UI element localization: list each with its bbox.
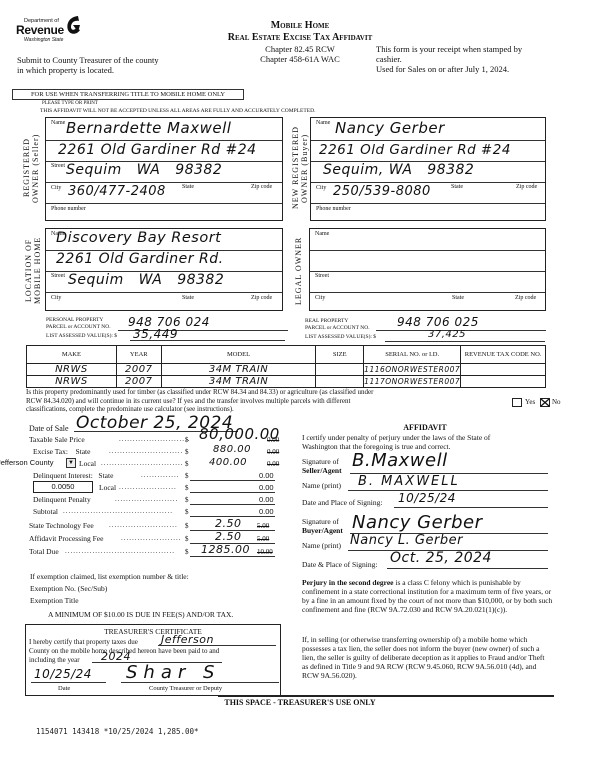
tax-lien-notice: If, in selling (or otherwise transferrin… xyxy=(302,635,550,680)
affidavit-statement: I certify under penalty of perjury under… xyxy=(302,433,490,451)
treasurer-use-divider xyxy=(218,695,554,697)
total-due-field[interactable]: 1285.00 xyxy=(201,543,250,556)
seller-section-label: REGISTERED OWNER (Seller) xyxy=(22,120,40,216)
legal-owner-city-label: City xyxy=(315,295,325,301)
seller-name-print-label: Name (print) xyxy=(302,481,341,490)
col-make: MAKE xyxy=(27,346,117,364)
legal-owner-street-field[interactable] xyxy=(340,272,530,290)
col-serial: SERIAL NO. or I.D. xyxy=(364,346,461,364)
excise-local-field[interactable]: 400.00 xyxy=(209,457,247,468)
personal-parcel-label: PERSONAL PROPERTY PARCEL or ACCOUNT NO. xyxy=(46,317,111,330)
location-address-field[interactable]: 2261 Old Gardiner Rd. xyxy=(56,251,224,267)
tax-row-excise-local: Local .............................. $ 4… xyxy=(29,458,285,470)
seller-signature-label: Signature of Seller/Agent xyxy=(302,457,342,475)
buyer-address-field[interactable]: 2261 Old Gardiner Rd #24 xyxy=(319,142,511,158)
form-title-line2: Real Estate Excise Tax Affidavit xyxy=(160,32,440,44)
exemption-intro: If exemption claimed, list exemption num… xyxy=(30,572,189,581)
receipt-note: This form is your receipt when stamped b… xyxy=(376,44,522,74)
cell-year[interactable]: 2007 xyxy=(116,364,161,376)
buyer-name-print-label: Name (print) xyxy=(302,541,341,550)
submit-note: Submit to County Treasurer of the county… xyxy=(17,55,159,75)
seller-city-field[interactable]: 360/477-2408 xyxy=(68,184,166,199)
location-box: Name Discovery Bay Resort 2261 Old Gardi… xyxy=(45,228,283,311)
no-checkbox[interactable] xyxy=(540,398,550,407)
col-size: SIZE xyxy=(316,346,364,364)
cell-revenue-code[interactable] xyxy=(461,376,546,388)
tech-fee-field[interactable]: 2.50 xyxy=(215,517,242,530)
dor-swirl-icon xyxy=(64,14,84,36)
real-parcel-label: REAL PROPERTY PARCEL or ACCOUNT NO. xyxy=(305,318,370,331)
buyer-zip-label: Zip code xyxy=(516,184,537,190)
real-assessed-label: LIST ASSESSED VALUE(S): $ xyxy=(305,334,376,340)
seller-street-field[interactable]: Sequim WA 98382 xyxy=(66,162,222,178)
table-header-row: MAKE YEAR MODEL SIZE SERIAL NO. or I.D. … xyxy=(27,346,546,364)
yes-label: Yes xyxy=(525,398,535,406)
table-row: NRWS 2007 34M TRAIN 1116ONORWESTER007 xyxy=(27,364,546,376)
treasurer-date-field[interactable]: 10/25/24 xyxy=(34,667,92,681)
cell-make[interactable]: NRWS xyxy=(27,376,117,388)
tax-row-delinquent-interest-local: Local ..................... $ 0.00 xyxy=(29,482,285,494)
logo-text-state: Washington State xyxy=(24,37,63,43)
tax-row-delinquent-penalty: Delinquent Penalty .....................… xyxy=(29,494,285,506)
seller-city-label: City xyxy=(51,185,61,191)
seller-box: Name Bernardette Maxwell 2261 Old Gardin… xyxy=(45,117,283,221)
delinquent-interest-local-field[interactable]: 0.00 xyxy=(259,483,274,492)
location-street-field[interactable]: Sequim WA 98382 xyxy=(68,272,224,288)
no-label: No xyxy=(552,398,561,406)
dor-logo: Department of Revenue Washington State xyxy=(16,16,96,46)
receipt-stamp: 1154071 143418 *10/25/2024 1,285.00* xyxy=(36,727,199,736)
real-parcel-field[interactable]: 948 706 025 xyxy=(397,315,479,329)
legal-owner-section-label: LEGAL OWNER xyxy=(294,232,303,310)
location-street-label: Street xyxy=(51,273,65,279)
buyer-signature-field[interactable]: Nancy Gerber xyxy=(352,512,483,533)
mobile-home-table: MAKE YEAR MODEL SIZE SERIAL NO. or I.D. … xyxy=(26,345,546,388)
treasurer-use-only: THIS SPACE - TREASURER'S USE ONLY xyxy=(0,698,600,707)
seller-signature-field[interactable]: B.Maxwell xyxy=(352,450,448,471)
location-section-label: LOCATION OF MOBILE HOME xyxy=(24,228,42,312)
legal-owner-name-field[interactable] xyxy=(334,230,534,248)
cell-size[interactable] xyxy=(316,364,364,376)
legal-owner-box: Name Street City State Zip code xyxy=(309,228,546,311)
processing-fee-field[interactable]: 2.50 xyxy=(215,530,242,543)
col-model: MODEL xyxy=(161,346,316,364)
yes-checkbox[interactable] xyxy=(512,398,522,407)
seller-name-print-field[interactable]: B. MAXWELL xyxy=(358,474,460,489)
col-year: YEAR xyxy=(116,346,161,364)
date-of-sale-label: Date of Sale xyxy=(29,424,69,433)
tax-row-tech-fee: State Technology Fee ...................… xyxy=(29,520,285,532)
seller-street-label: Street xyxy=(51,163,65,169)
personal-assessed-field[interactable]: 35,449 xyxy=(133,327,178,341)
type-or-print: PLEASE TYPE OR PRINT xyxy=(42,101,98,106)
subtotal-field[interactable]: 0.00 xyxy=(259,507,274,516)
timber-question: Is this property predominantly used for … xyxy=(26,388,486,414)
real-assessed-field[interactable]: 37,425 xyxy=(428,329,466,340)
buyer-phone-label: Phone number xyxy=(316,206,351,212)
buyer-section-label: NEW REGISTERED OWNER (Buyer) xyxy=(291,120,309,216)
affidavit-warning: THIS AFFIDAVIT WILL NOT BE ACCEPTED UNLE… xyxy=(40,108,315,114)
cell-make[interactable]: NRWS xyxy=(27,364,117,376)
buyer-name-field[interactable]: Nancy Gerber xyxy=(335,119,445,137)
buyer-date-label: Date & Place of Signing: xyxy=(302,560,377,569)
cell-serial[interactable]: 1117ONORWESTER007 xyxy=(364,376,461,388)
buyer-signature-label: Signature of Buyer/Agent xyxy=(302,517,343,535)
legal-owner-street-label: Street xyxy=(315,273,329,279)
tax-row-subtotal: Subtotal ...............................… xyxy=(29,506,285,518)
form-title-line1: Mobile Home xyxy=(160,20,440,32)
cell-size[interactable] xyxy=(316,376,364,388)
affidavit-title: AFFIDAVIT xyxy=(300,423,550,432)
seller-phone-label: Phone number xyxy=(51,206,86,212)
buyer-city-field[interactable]: 250/539-8080 xyxy=(333,184,431,199)
seller-address-field[interactable]: 2261 Old Gardiner Rd #24 xyxy=(58,142,257,158)
cell-serial[interactable]: 1116ONORWESTER007 xyxy=(364,364,461,376)
cell-model[interactable]: 34M TRAIN xyxy=(161,376,316,388)
seller-date-field[interactable]: 10/25/24 xyxy=(398,491,456,505)
seller-date-label: Date and Place of Signing: xyxy=(302,498,382,507)
perjury-notice: Perjury in the second degree is a class … xyxy=(302,578,554,614)
cell-revenue-code[interactable] xyxy=(461,364,546,376)
treasurer-title: TREASURER'S CERTIFICATE xyxy=(26,627,280,636)
buyer-box: Name Nancy Gerber 2261 Old Gardiner Rd #… xyxy=(310,117,546,221)
mobile-home-only-banner: FOR USE WHEN TRANSFERRING TITLE TO MOBIL… xyxy=(12,89,244,100)
seller-name-field[interactable]: Bernardette Maxwell xyxy=(66,119,231,137)
exemption-no-label: Exemption No. (Sec/Sub) xyxy=(30,584,107,593)
excise-state-field[interactable]: 880.00 xyxy=(213,444,251,455)
exemption-title-label: Exemption Title xyxy=(30,596,79,605)
buyer-street-field[interactable]: Sequim, WA 98382 xyxy=(323,162,474,178)
seller-zip-label: Zip code xyxy=(251,184,272,190)
buyer-city-label: City xyxy=(316,185,326,191)
tax-row-total-due: Total Due ..............................… xyxy=(29,546,285,558)
delinquent-penalty-field[interactable]: 0.00 xyxy=(259,495,274,504)
seller-state-label: State xyxy=(182,184,194,190)
buyer-date-field[interactable]: Oct. 25, 2024 xyxy=(390,550,492,566)
logo-text-revenue: Revenue xyxy=(16,23,64,37)
buyer-state-label: State xyxy=(451,184,463,190)
buyer-name-label: Name xyxy=(316,120,330,126)
legal-owner-zip-label: Zip code xyxy=(515,295,536,301)
delinquent-interest-state-field[interactable]: 0.00 xyxy=(259,471,274,480)
personal-assessed-label: LIST ASSESSED VALUE(S): $ xyxy=(46,333,117,339)
seller-name-label: Name xyxy=(51,120,65,126)
cell-model[interactable]: 34M TRAIN xyxy=(161,364,316,376)
location-name-field[interactable]: Discovery Bay Resort xyxy=(56,230,221,246)
treasurer-certificate: TREASURER'S CERTIFICATE I hereby certify… xyxy=(25,624,281,696)
checkbox-x-icon xyxy=(540,398,550,407)
legal-owner-name-label: Name xyxy=(315,231,329,237)
minimum-due-note: A MINIMUM OF $10.00 IS DUE IN FEE(S) AND… xyxy=(48,610,233,619)
table-row: NRWS 2007 34M TRAIN 1117ONORWESTER007 xyxy=(27,376,546,388)
treasurer-signature[interactable]: Shar S xyxy=(126,662,220,683)
cell-year[interactable]: 2007 xyxy=(116,376,161,388)
legal-owner-state-label: State xyxy=(452,295,464,301)
location-state-label: State xyxy=(182,295,194,301)
location-zip-label: Zip code xyxy=(251,295,272,301)
col-revenue-code: REVENUE TAX CODE NO. xyxy=(461,346,546,364)
buyer-name-print-field[interactable]: Nancy L. Gerber xyxy=(350,533,463,548)
location-city-label: City xyxy=(51,295,61,301)
